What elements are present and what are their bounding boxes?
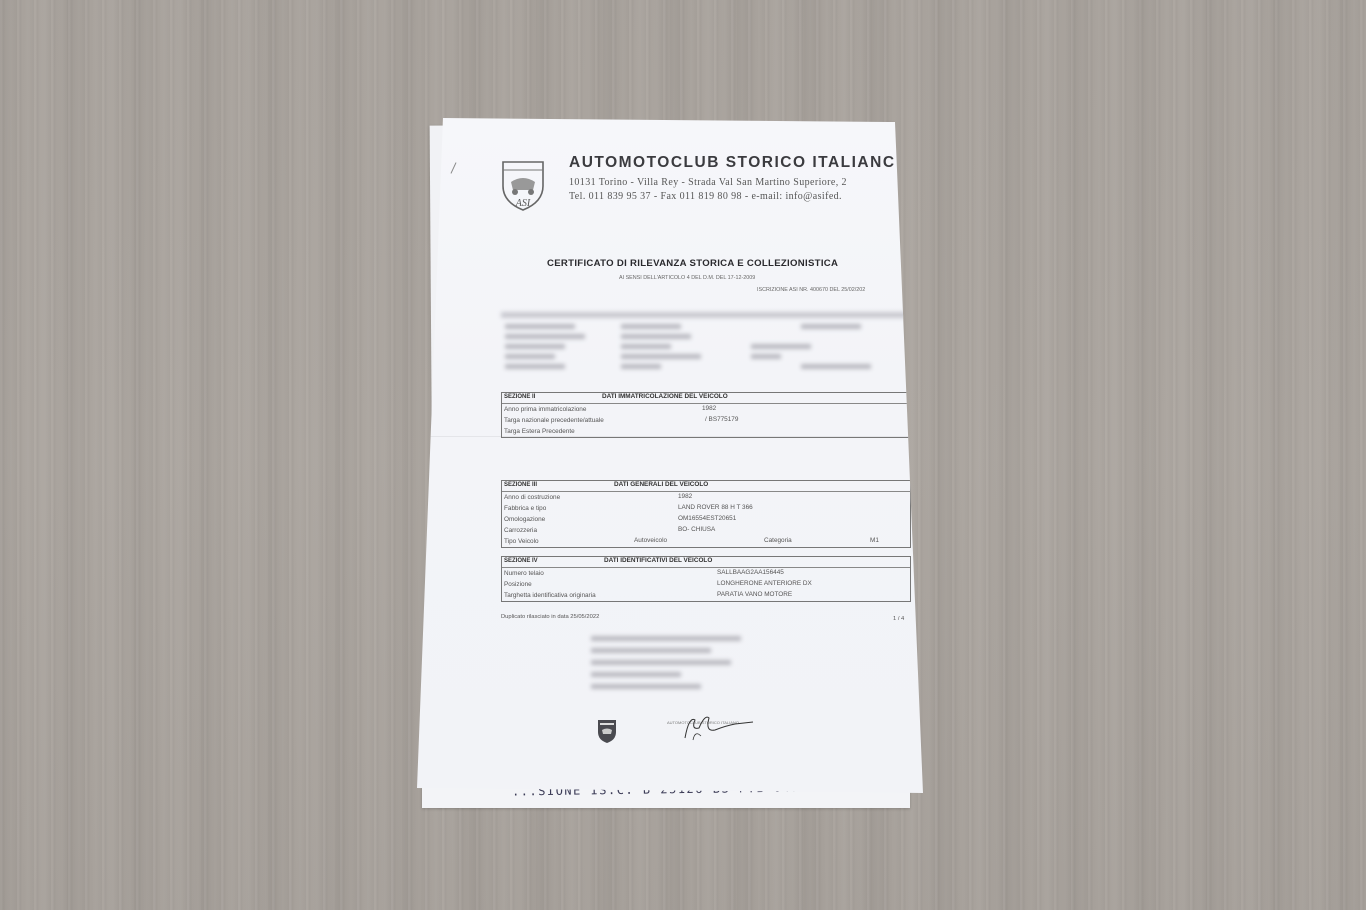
- page-number: 1 / 4: [893, 616, 904, 622]
- redacted-stamp-block: [587, 632, 757, 702]
- organization-name: AUTOMOTOCLUB STORICO ITALIANC: [569, 154, 896, 172]
- section-number: SEZIONE II: [504, 394, 535, 400]
- section-number: SEZIONE III: [504, 482, 537, 488]
- signature-icon: AUTOMOTOCLUB STORICO ITALIANO: [665, 710, 755, 744]
- issue-date: Duplicato rilasciato in data 25/05/2022: [501, 614, 599, 620]
- table-row: PosizioneLONGHERONE ANTERIORE DX: [502, 579, 910, 590]
- table-row: Targa nazionale precedente/attuale/ BS77…: [502, 415, 910, 426]
- registration-number: ISCRIZIONE ASI NR. 400670 DEL 25/02/202: [757, 287, 865, 293]
- table-row: CarrozzeriaBO- CHIUSA: [502, 525, 910, 536]
- svg-text:ASI: ASI: [515, 198, 531, 209]
- redacted-owner-section: [501, 308, 911, 380]
- table-row: Numero telaioSALLBAAG2AA156445: [502, 568, 910, 579]
- certificate-subtitle: AI SENSI DELL'ARTICOLO 4 DEL D.M. DEL 17…: [619, 275, 755, 281]
- certificate-page: ASI AUTOMOTOCLUB STORICO ITALIANC 10131 …: [417, 118, 923, 793]
- table-row: Fabbrica e tipoLAND ROVER 88 H T 366: [502, 503, 910, 514]
- certificate-title: CERTIFICATO DI RILEVANZA STORICA E COLLE…: [547, 258, 838, 269]
- asi-stamp-icon: [597, 718, 617, 744]
- table-row: Anno di costruzione1982: [502, 492, 910, 503]
- pen-mark: [451, 162, 457, 173]
- asi-logo-icon: ASI: [499, 156, 547, 212]
- table-row: Tipo VeicoloAutoveicoloCategoriaM1: [502, 536, 910, 547]
- section-title: DATI IMMATRICOLAZIONE DEL VEICOLO: [602, 393, 728, 400]
- section-iii: SEZIONE IIIDATI GENERALI DEL VEICOLO Ann…: [501, 480, 911, 548]
- section-title: DATI IDENTIFICATIVI DEL VEICOLO: [604, 557, 712, 564]
- section-title: DATI GENERALI DEL VEICOLO: [614, 481, 708, 488]
- section-ii: SEZIONE IIDATI IMMATRICOLAZIONE DEL VEIC…: [501, 392, 911, 438]
- organization-address: 10131 Torino - Villa Rey - Strada Val Sa…: [569, 177, 847, 188]
- section-iv: SEZIONE IVDATI IDENTIFICATIVI DEL VEICOL…: [501, 556, 911, 602]
- table-row: Targa Estera Precedente: [502, 426, 910, 437]
- organization-contact: Tel. 011 839 95 37 - Fax 011 819 80 98 -…: [569, 191, 842, 202]
- table-row: Anno prima immatricolazione1982: [502, 404, 910, 415]
- section-number: SEZIONE IV: [504, 558, 538, 564]
- table-row: OmologazioneOM16554EST20651: [502, 514, 910, 525]
- table-row: Targhetta identificativa originariaPARAT…: [502, 590, 910, 601]
